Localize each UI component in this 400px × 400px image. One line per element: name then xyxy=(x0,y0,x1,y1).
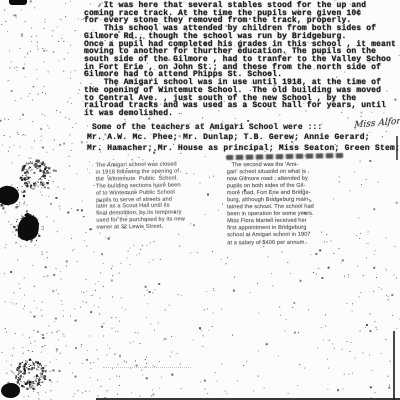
scanned-document-page: It was here that several stables stood f… xyxy=(0,0,400,400)
clipping-line: at a salary of $400 per annum. xyxy=(227,239,314,247)
ink-blot-bottom-left xyxy=(1,383,20,398)
clipping-right: The second was the 'Ami-gari' school sit… xyxy=(227,162,314,247)
teachers-heading: Some of the teachers at Amigari School w… xyxy=(92,123,322,132)
scan-edge-right-lower xyxy=(393,331,395,400)
ink-blot-top-left xyxy=(9,0,27,5)
photocopy-speckle-noise xyxy=(0,0,1,1)
clipping-line: owner at 32 Lewis Street. xyxy=(96,224,185,232)
scan-edge-right-upper xyxy=(396,136,398,160)
ink-speck xyxy=(25,213,30,217)
teachers-list: Mr. A.W. Mc. Phee; Mr. Dunlap; T.B. Gere… xyxy=(87,132,400,154)
handwritten-note: Miss Alford xyxy=(354,116,400,130)
clipping-left: The Amigari school was closedin 1918 fol… xyxy=(96,161,186,231)
clipping-headline-smudge xyxy=(226,153,344,160)
typewritten-body: It was here that several stables stood f… xyxy=(84,2,396,118)
faint-dash-marks xyxy=(103,367,191,368)
teacher-line: Mr. A.W. Mc. Phee; Mr. Dunlap; T.B. Gere… xyxy=(87,132,400,143)
teacher-line: Mr. Hamacher; Mr. House as principal; Mi… xyxy=(87,143,400,154)
typewritten-line: it was demolished. xyxy=(84,110,396,118)
ink-blot-mid-left xyxy=(14,212,42,243)
punch-hole-speckle-rings xyxy=(0,0,1,1)
clipping-line: school at Amigari school in 1907 xyxy=(227,232,314,240)
ink-blot-left-edge xyxy=(0,186,19,205)
